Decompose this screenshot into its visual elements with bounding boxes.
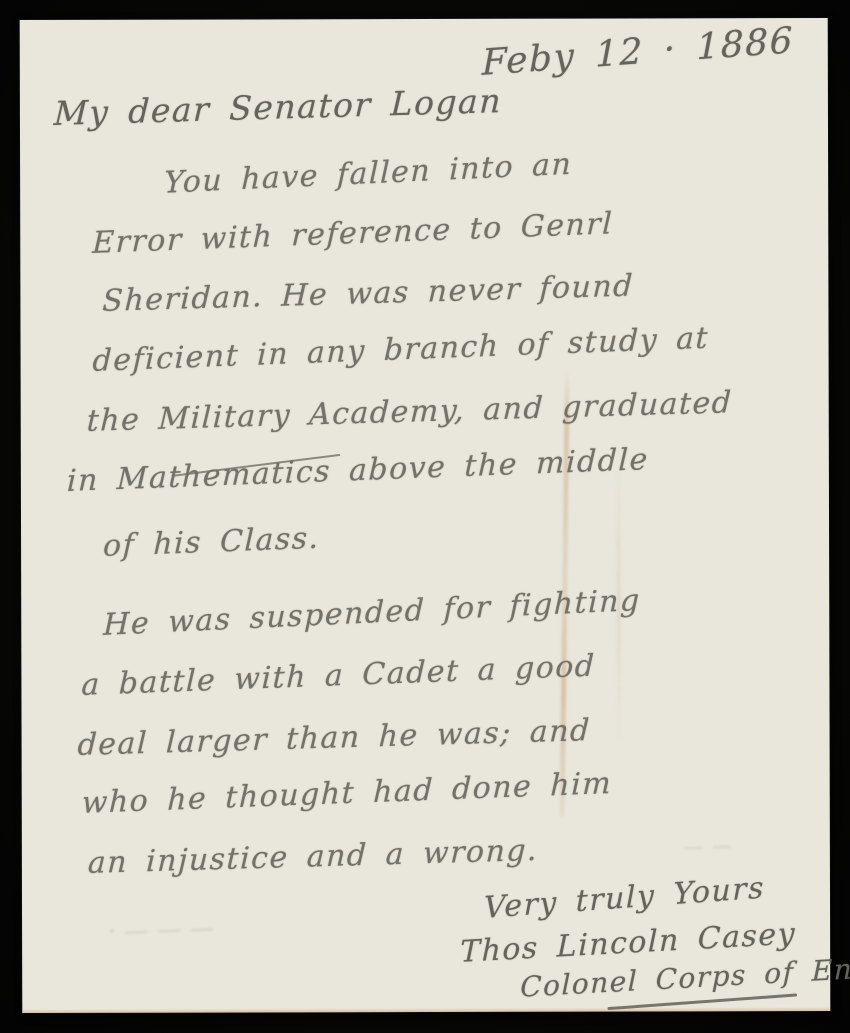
letter-line: deficient in any branch of study at xyxy=(92,321,710,379)
letter-line: He was suspended for fighting xyxy=(103,583,641,643)
letter-closing: Very truly Yours xyxy=(484,870,765,925)
letter-line: the Military Academy, and graduated xyxy=(86,385,733,439)
letter-line: a battle with a Cadet a good xyxy=(81,649,596,703)
ghost-offset-text: · — — — xyxy=(107,914,217,946)
letter-line: in Mathematics above the middle xyxy=(66,442,649,499)
letter-line: deal larger than he was; and xyxy=(77,713,592,763)
letter-line: Error with reference to Genrl xyxy=(92,206,614,261)
letter-line: who he thought had done him xyxy=(81,766,613,821)
letter-line: You have fallen into an xyxy=(164,147,573,201)
letter-page: Feby 12 · 1886 My dear Senator Logan You… xyxy=(20,18,831,1013)
letter-date: Feby 12 · 1886 xyxy=(482,20,794,84)
letter-line: an injustice and a wrong. xyxy=(87,833,539,881)
ghost-offset-text: — — xyxy=(683,833,735,859)
scan-background: Feby 12 · 1886 My dear Senator Logan You… xyxy=(0,0,850,1033)
letter-line: of his Class. xyxy=(103,521,321,564)
letter-line: Sheridan. He was never found xyxy=(102,269,635,319)
paper-bottom-edge xyxy=(22,1007,830,1013)
letter-salutation: My dear Senator Logan xyxy=(53,81,503,133)
